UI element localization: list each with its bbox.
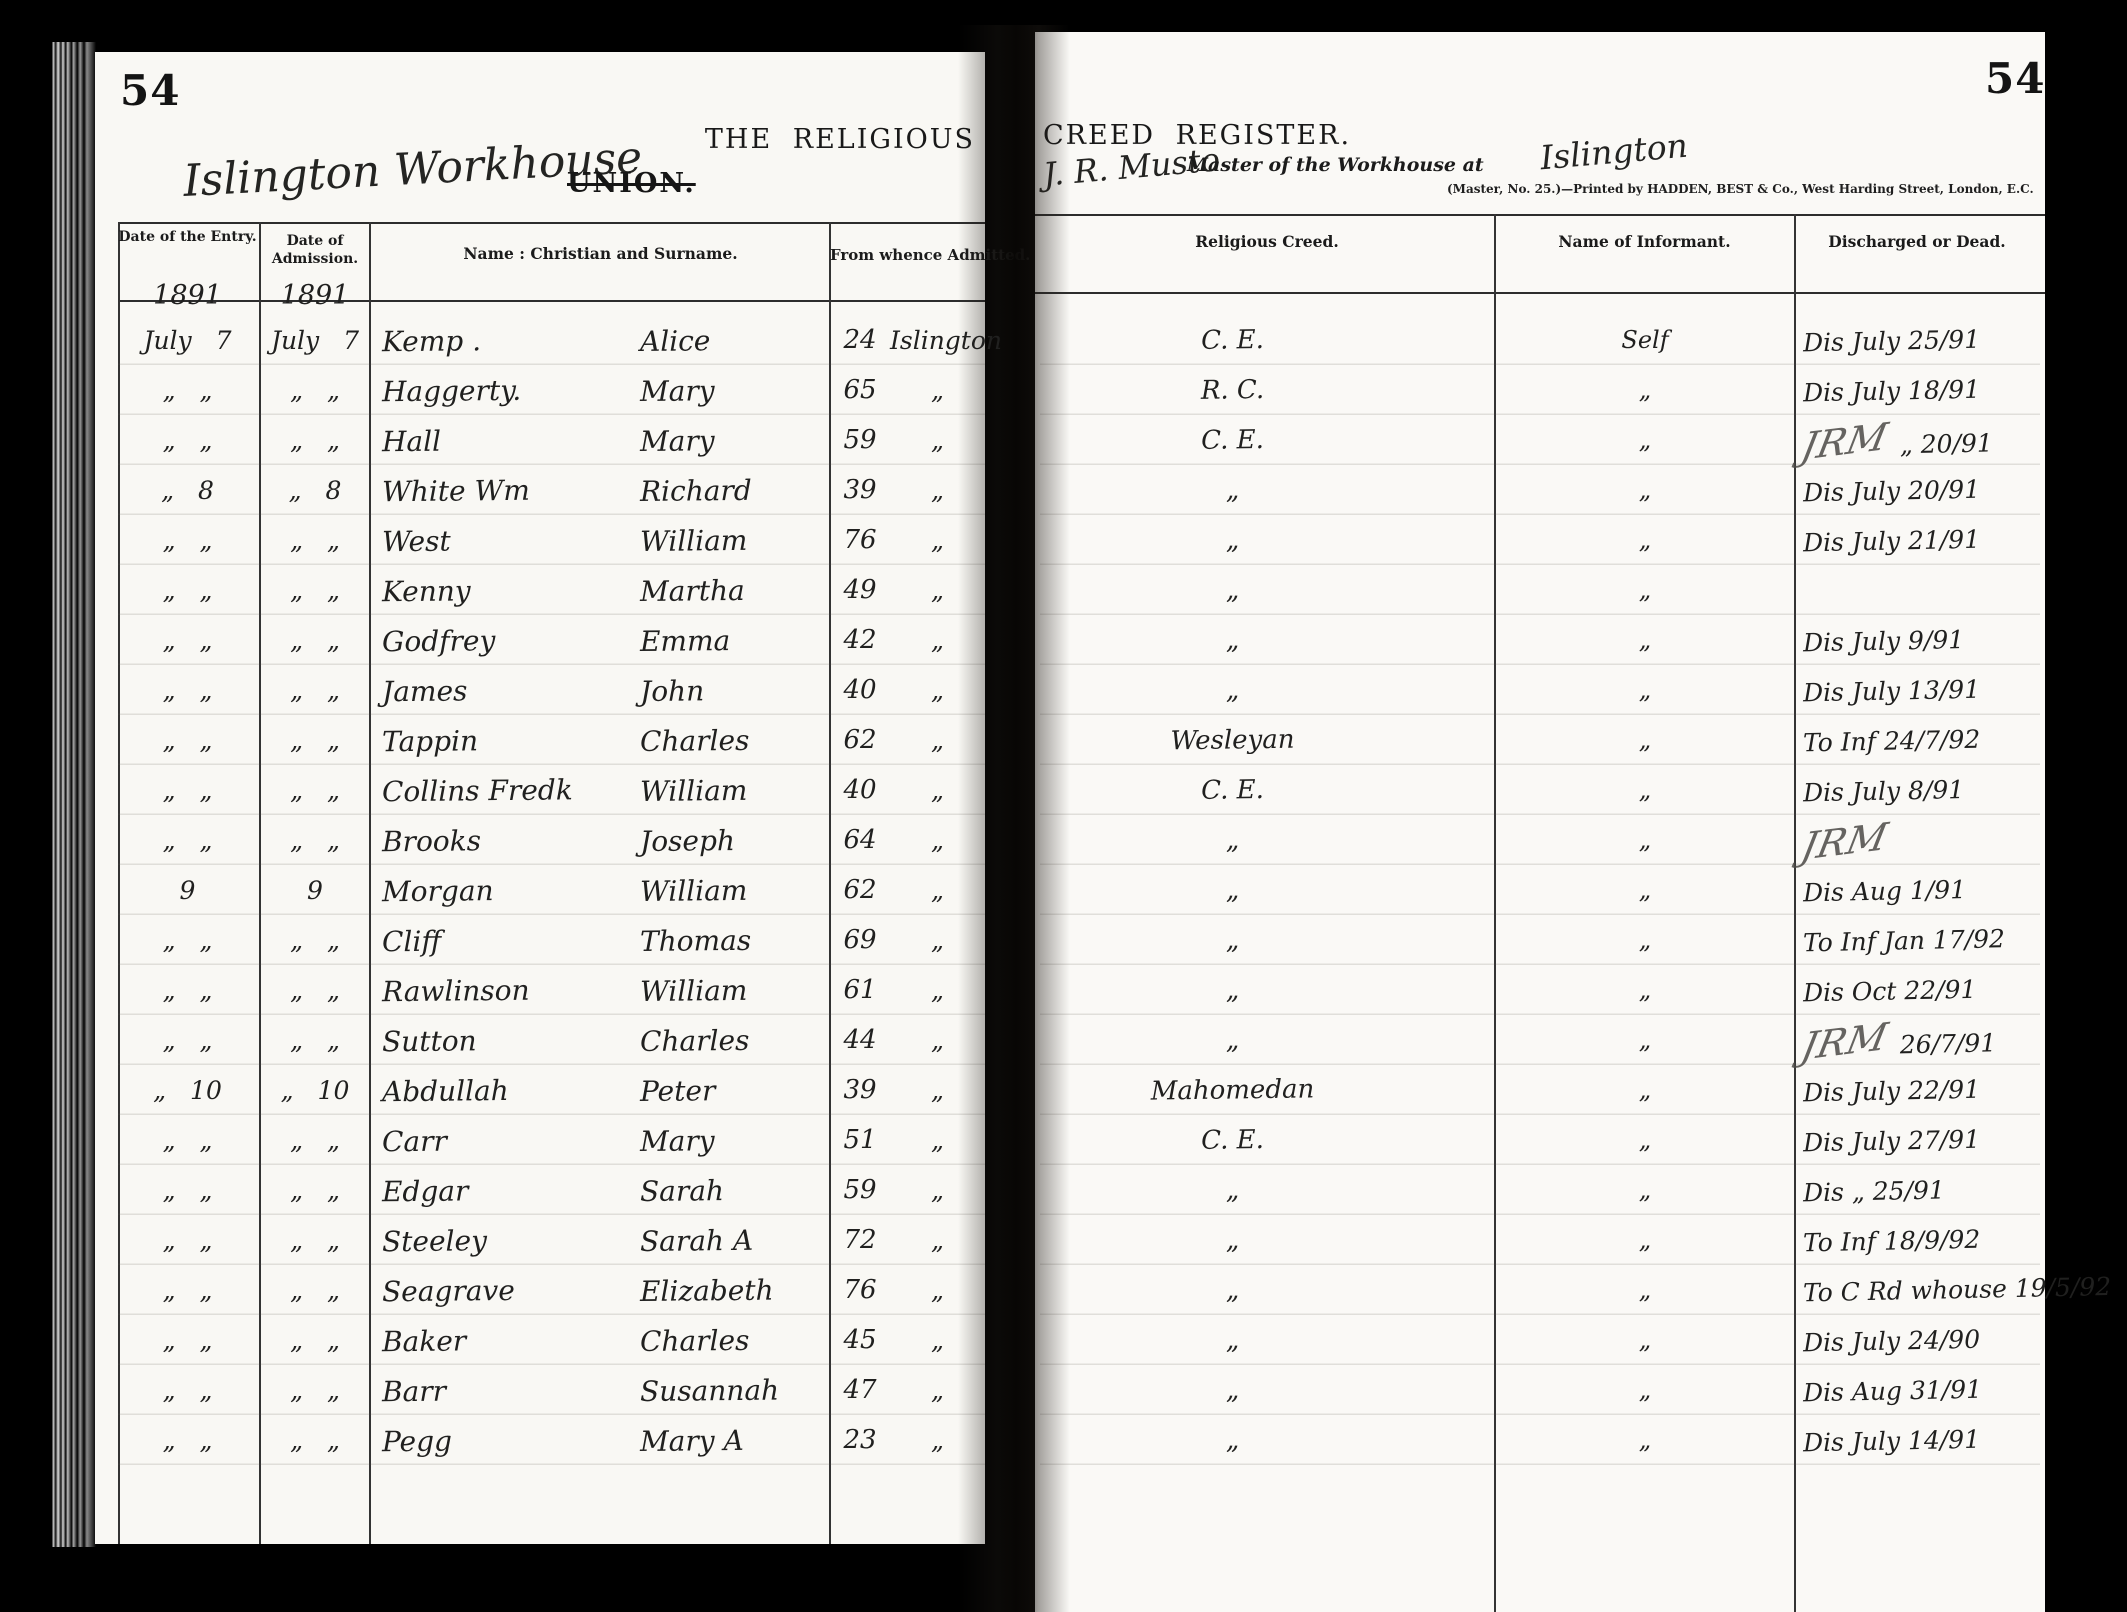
discharged-text: To Inf 18/9/92 <box>1803 1224 1981 1257</box>
informant-cell: „ <box>1495 1376 1795 1404</box>
christian-name-cell: William <box>640 773 830 808</box>
informant-cell: „ <box>1495 1276 1795 1304</box>
admission-date-cell: „ „ <box>260 576 370 605</box>
entry-date-cell: „ „ <box>115 1326 260 1355</box>
religious-creed-cell: „ <box>1040 622 1495 658</box>
table-row: „ „ „ „ Brooks Joseph 64 „ „ „ JRM <box>115 815 2040 865</box>
surname-cell: James <box>370 672 640 708</box>
religious-creed-cell: C. E. <box>1040 422 1495 458</box>
year-entry-column: 1891 <box>115 280 260 311</box>
whence-admitted-cell: „ <box>890 476 985 505</box>
surname-cell: Rawlinson <box>370 972 640 1008</box>
admission-date-cell: „ „ <box>260 526 370 555</box>
christian-name-cell: Charles <box>640 1323 830 1358</box>
age-cell: 51 <box>830 1125 890 1155</box>
religious-creed-cell: „ <box>1040 572 1495 608</box>
surname-cell: Godfrey <box>370 622 640 658</box>
admission-date-cell: „ „ <box>260 426 370 455</box>
surname-cell: Brooks <box>370 822 640 858</box>
table-row: „ „ „ „ Collins Fredk William 40 „ C. E.… <box>115 765 2040 815</box>
admission-date-cell: „ „ <box>260 1126 370 1155</box>
admission-date-cell: „ „ <box>260 726 370 755</box>
religious-creed-cell: „ <box>1040 1172 1495 1208</box>
age-cell: 62 <box>830 725 890 755</box>
scanned-register-spread: 54 Islington Workhouse UNION. THE RELIGI… <box>0 0 2127 1612</box>
informant-cell: „ <box>1495 526 1795 554</box>
religious-creed-cell: „ <box>1040 522 1495 558</box>
discharged-cell: Dis July 25/91 <box>1795 323 2041 357</box>
admission-date-cell: „ 10 <box>260 1076 370 1105</box>
whence-admitted-cell: „ <box>890 976 985 1005</box>
age-cell: 59 <box>830 425 890 455</box>
discharged-text: Dis July 18/91 <box>1803 374 1981 407</box>
entry-date-cell: „ 10 <box>115 1076 260 1105</box>
discharged-cell: JRM <box>1795 815 2041 864</box>
discharged-text: Dis July 9/91 <box>1803 625 1965 657</box>
table-row: „ „ „ „ Kenny Martha 49 „ „ „ <box>115 565 2040 615</box>
whence-admitted-cell: „ <box>890 576 985 605</box>
age-cell: 45 <box>830 1325 890 1355</box>
discharged-cell: Dis „ 25/91 <box>1795 1173 2041 1207</box>
religious-creed-cell: „ <box>1040 822 1495 858</box>
admission-date-cell: „ „ <box>260 626 370 655</box>
discharged-cell: Dis July 22/91 <box>1795 1073 2041 1107</box>
entry-date-cell: „ „ <box>115 626 260 655</box>
informant-cell: Self <box>1495 326 1795 354</box>
religious-creed-cell: „ <box>1040 972 1495 1008</box>
age-cell: 23 <box>830 1425 890 1455</box>
christian-name-cell: William <box>640 523 830 558</box>
informant-cell: „ <box>1495 1426 1795 1454</box>
whence-admitted-cell: „ <box>890 676 985 705</box>
admission-date-cell: „ „ <box>260 976 370 1005</box>
table-row: July 7 July 7 Kemp . Alice 24 Islington … <box>115 315 2040 365</box>
entry-date-cell: July 7 <box>115 326 260 355</box>
discharged-text: Dis July 20/91 <box>1803 474 1981 507</box>
informant-cell: „ <box>1495 676 1795 704</box>
whence-admitted-cell: „ <box>890 1276 985 1305</box>
table-row: „ 10 „ 10 Abdullah Peter 39 „ Mahomedan … <box>115 1065 2040 1115</box>
whence-admitted-cell: „ <box>890 1176 985 1205</box>
discharged-cell: Dis Aug 31/91 <box>1795 1373 2041 1407</box>
discharged-cell: Dis July 9/91 <box>1795 623 2041 657</box>
whence-admitted-cell: „ <box>890 1226 985 1255</box>
discharged-cell: To Inf 18/9/92 <box>1795 1223 2041 1257</box>
christian-name-cell: Sarah A <box>640 1223 830 1258</box>
entry-date-cell: „ „ <box>115 1426 260 1455</box>
discharged-cell: Dis July 20/91 <box>1795 473 2041 507</box>
discharged-cell: Dis July 24/90 <box>1795 1323 2041 1357</box>
age-cell: 40 <box>830 675 890 705</box>
admission-date-cell: „ „ <box>260 1426 370 1455</box>
whence-admitted-cell: „ <box>890 626 985 655</box>
age-cell: 39 <box>830 1075 890 1105</box>
book-page-edges <box>48 42 96 1547</box>
table-rows: 1891 1891 July 7 July 7 Kemp . Alice 24 … <box>115 0 2040 1612</box>
surname-cell: White Wm <box>370 472 640 508</box>
surname-cell: Baker <box>370 1322 640 1358</box>
entry-date-cell: „ „ <box>115 826 260 855</box>
christian-name-cell: Peter <box>640 1073 830 1108</box>
discharged-cell: Dis July 21/91 <box>1795 523 2041 557</box>
christian-name-cell: Mary <box>640 1123 830 1158</box>
whence-admitted-cell: „ <box>890 876 985 905</box>
discharged-text: To Inf 24/7/92 <box>1803 724 1981 757</box>
religious-creed-cell: „ <box>1040 472 1495 508</box>
christian-name-cell: Emma <box>640 623 830 658</box>
christian-name-cell: Elizabeth <box>640 1273 830 1308</box>
christian-name-cell: Richard <box>640 473 830 508</box>
discharged-text: Dis July 27/91 <box>1803 1124 1981 1157</box>
admission-date-cell: July 7 <box>260 326 370 355</box>
table-row: „ „ „ „ Hall Mary 59 „ C. E. „ JRM „ 20/… <box>115 415 2040 465</box>
table-row: „ „ „ „ Baker Charles 45 „ „ „ Dis July … <box>115 1315 2040 1365</box>
table-row: „ „ „ „ Steeley Sarah A 72 „ „ „ To Inf … <box>115 1215 2040 1265</box>
whence-admitted-cell: „ <box>890 826 985 855</box>
entry-date-cell: „ „ <box>115 1126 260 1155</box>
surname-cell: Edgar <box>370 1172 640 1208</box>
surname-cell: Steeley <box>370 1222 640 1258</box>
discharged-cell: To C Rd whouse 19/5/92 <box>1795 1273 2041 1307</box>
entry-date-cell: „ „ <box>115 526 260 555</box>
discharged-text: To C Rd whouse 19/5/92 <box>1803 1271 2112 1306</box>
discharged-text: Dis July 25/91 <box>1803 324 1981 357</box>
discharged-cell: Dis Oct 22/91 <box>1795 973 2041 1007</box>
year-admission-column: 1891 <box>260 280 370 311</box>
surname-cell: Morgan <box>370 872 640 908</box>
age-cell: 59 <box>830 1175 890 1205</box>
entry-date-cell: „ „ <box>115 976 260 1005</box>
admission-date-cell: „ „ <box>260 676 370 705</box>
entry-date-cell: „ „ <box>115 926 260 955</box>
age-cell: 62 <box>830 875 890 905</box>
whence-admitted-cell: „ <box>890 426 985 455</box>
age-cell: 42 <box>830 625 890 655</box>
religious-creed-cell: „ <box>1040 872 1495 908</box>
discharged-cell: Dis July 27/91 <box>1795 1123 2041 1157</box>
christian-name-cell: Charles <box>640 723 830 758</box>
religious-creed-cell: „ <box>1040 1322 1495 1358</box>
discharged-text: Dis July 22/91 <box>1803 1074 1981 1107</box>
admission-date-cell: „ „ <box>260 1326 370 1355</box>
surname-cell: Seagrave <box>370 1272 640 1308</box>
surname-cell: Collins Fredk <box>370 772 640 808</box>
informant-cell: „ <box>1495 726 1795 754</box>
discharged-cell: JRM 26/7/91 <box>1795 1015 2041 1064</box>
discharged-text: Dis July 24/90 <box>1803 1324 1981 1357</box>
table-row: „ „ „ „ Rawlinson William 61 „ „ „ Dis O… <box>115 965 2040 1015</box>
informant-cell: „ <box>1495 976 1795 1004</box>
age-cell: 64 <box>830 825 890 855</box>
discharged-text: Dis Oct 22/91 <box>1803 974 1977 1007</box>
discharged-text: Dis July 21/91 <box>1803 524 1981 557</box>
discharged-cell: Dis July 8/91 <box>1795 773 2041 807</box>
surname-cell: Kemp . <box>370 322 640 358</box>
christian-name-cell: Charles <box>640 1023 830 1058</box>
christian-name-cell: Alice <box>640 323 830 358</box>
informant-cell: „ <box>1495 1076 1795 1104</box>
table-row: „ „ „ „ Edgar Sarah 59 „ „ „ Dis „ 25/91 <box>115 1165 2040 1215</box>
informant-cell: „ <box>1495 426 1795 454</box>
table-row: „ „ „ „ Tappin Charles 62 „ Wesleyan „ T… <box>115 715 2040 765</box>
informant-cell: „ <box>1495 1026 1795 1054</box>
whence-admitted-cell: „ <box>890 1126 985 1155</box>
discharged-text: Dis Aug 31/91 <box>1803 1374 1983 1407</box>
age-cell: 72 <box>830 1225 890 1255</box>
surname-cell: Pegg <box>370 1422 640 1458</box>
discharged-cell: To Inf 24/7/92 <box>1795 723 2041 757</box>
entry-date-cell: „ „ <box>115 726 260 755</box>
whence-admitted-cell: „ <box>890 1426 985 1455</box>
whence-admitted-cell: „ <box>890 1076 985 1105</box>
religious-creed-cell: R. C. <box>1040 372 1495 408</box>
religious-creed-cell: C. E. <box>1040 322 1495 358</box>
informant-cell: „ <box>1495 826 1795 854</box>
discharged-cell <box>1795 587 2040 592</box>
entry-date-cell: „ „ <box>115 1276 260 1305</box>
admission-date-cell: „ „ <box>260 1276 370 1305</box>
age-cell: 40 <box>830 775 890 805</box>
surname-cell: Cliff <box>370 922 640 958</box>
discharged-text: Dis July 14/91 <box>1803 1424 1981 1457</box>
age-cell: 76 <box>830 525 890 555</box>
admission-date-cell: „ „ <box>260 1026 370 1055</box>
religious-creed-cell: C. E. <box>1040 772 1495 808</box>
table-row: „ „ „ „ Barr Susannah 47 „ „ „ Dis Aug 3… <box>115 1365 2040 1415</box>
whence-admitted-cell: „ <box>890 776 985 805</box>
discharged-text: Dis July 8/91 <box>1803 775 1965 807</box>
table-row: „ „ „ „ Carr Mary 51 „ C. E. „ Dis July … <box>115 1115 2040 1165</box>
age-cell: 47 <box>830 1375 890 1405</box>
informant-cell: „ <box>1495 576 1795 604</box>
table-row: „ „ „ „ Cliff Thomas 69 „ „ „ To Inf Jan… <box>115 915 2040 965</box>
discharged-text <box>1892 831 1893 860</box>
entry-date-cell: 9 <box>115 876 260 905</box>
whence-admitted-cell: „ <box>890 1376 985 1405</box>
entry-date-cell: „ 8 <box>115 476 260 505</box>
surname-cell: West <box>370 522 640 558</box>
informant-cell: „ <box>1495 876 1795 904</box>
religious-creed-cell: Wesleyan <box>1040 722 1495 758</box>
surname-cell: Haggerty. <box>370 372 640 408</box>
informant-cell: „ <box>1495 926 1795 954</box>
whence-admitted-cell: „ <box>890 1326 985 1355</box>
table-row: „ „ „ „ Pegg Mary A 23 „ „ „ Dis July 14… <box>115 1415 2040 1465</box>
informant-cell: „ <box>1495 1226 1795 1254</box>
whence-admitted-cell: „ <box>890 376 985 405</box>
discharged-cell: JRM „ 20/91 <box>1795 415 2041 464</box>
entry-date-cell: „ „ <box>115 376 260 405</box>
admission-date-cell: 9 <box>260 876 370 905</box>
discharged-text: 26/7/91 <box>1900 1028 1997 1059</box>
whence-admitted-cell: Islington <box>890 326 985 355</box>
table-row: „ „ „ „ Haggerty. Mary 65 „ R. C. „ Dis … <box>115 365 2040 415</box>
christian-name-cell: Joseph <box>640 823 830 858</box>
discharged-cell: Dis July 18/91 <box>1795 373 2041 407</box>
christian-name-cell: Thomas <box>640 923 830 958</box>
table-row: „ „ „ „ James John 40 „ „ „ Dis July 13/… <box>115 665 2040 715</box>
christian-name-cell: Martha <box>640 573 830 608</box>
christian-name-cell: William <box>640 973 830 1008</box>
table-row: „ „ „ „ Seagrave Elizabeth 76 „ „ „ To C… <box>115 1265 2040 1315</box>
informant-cell: „ <box>1495 376 1795 404</box>
entry-date-cell: „ „ <box>115 1226 260 1255</box>
informant-cell: „ <box>1495 476 1795 504</box>
surname-cell: Sutton <box>370 1022 640 1058</box>
entry-date-cell: „ „ <box>115 1376 260 1405</box>
religious-creed-cell: „ <box>1040 1422 1495 1458</box>
entry-date-cell: „ „ <box>115 776 260 805</box>
surname-cell: Hall <box>370 422 640 458</box>
discharged-text: Dis July 13/91 <box>1803 674 1981 707</box>
religious-creed-cell: „ <box>1040 672 1495 708</box>
informant-cell: „ <box>1495 1326 1795 1354</box>
informant-cell: „ <box>1495 776 1795 804</box>
age-cell: 44 <box>830 1025 890 1055</box>
age-cell: 61 <box>830 975 890 1005</box>
religious-creed-cell: „ <box>1040 1222 1495 1258</box>
admission-date-cell: „ „ <box>260 1176 370 1205</box>
surname-cell: Carr <box>370 1122 640 1158</box>
discharged-cell: Dis July 14/91 <box>1795 1423 2041 1457</box>
christian-name-cell: John <box>640 673 830 708</box>
entry-date-cell: „ „ <box>115 676 260 705</box>
entry-date-cell: „ „ <box>115 1176 260 1205</box>
discharged-cell: Dis July 13/91 <box>1795 673 2041 707</box>
entry-date-cell: „ „ <box>115 576 260 605</box>
entry-date-cell: „ „ <box>115 426 260 455</box>
admission-date-cell: „ „ <box>260 1226 370 1255</box>
age-cell: 69 <box>830 925 890 955</box>
age-cell: 76 <box>830 1275 890 1305</box>
whence-admitted-cell: „ <box>890 1026 985 1055</box>
table-row: „ „ „ „ West William 76 „ „ „ Dis July 2… <box>115 515 2040 565</box>
religious-creed-cell: „ <box>1040 1272 1495 1308</box>
admission-date-cell: „ 8 <box>260 476 370 505</box>
informant-cell: „ <box>1495 626 1795 654</box>
religious-creed-cell: „ <box>1040 1022 1495 1058</box>
age-cell: 24 <box>830 325 890 355</box>
entry-date-cell: „ „ <box>115 1026 260 1055</box>
admission-date-cell: „ „ <box>260 1376 370 1405</box>
informant-cell: „ <box>1495 1126 1795 1154</box>
discharged-text: „ 20/91 <box>1900 428 1994 459</box>
admission-date-cell: „ „ <box>260 376 370 405</box>
surname-cell: Kenny <box>370 572 640 608</box>
table-row: „ „ „ „ Sutton Charles 44 „ „ „ JRM 26/7… <box>115 1015 2040 1065</box>
age-cell: 65 <box>830 375 890 405</box>
religious-creed-cell: „ <box>1040 1372 1495 1408</box>
table-row: 9 9 Morgan William 62 „ „ „ Dis Aug 1/91 <box>115 865 2040 915</box>
whence-admitted-cell: „ <box>890 926 985 955</box>
discharged-text: To Inf Jan 17/92 <box>1803 924 2006 957</box>
admission-date-cell: „ „ <box>260 826 370 855</box>
master-initials-signature: JRM <box>1798 814 1892 868</box>
master-initials-signature: JRM <box>1798 414 1892 468</box>
table-row: „ „ „ „ Godfrey Emma 42 „ „ „ Dis July 9… <box>115 615 2040 665</box>
christian-name-cell: Sarah <box>640 1173 830 1208</box>
discharged-cell: Dis Aug 1/91 <box>1795 873 2041 907</box>
table-row: „ 8 „ 8 White Wm Richard 39 „ „ „ Dis Ju… <box>115 465 2040 515</box>
surname-cell: Tappin <box>370 722 640 758</box>
surname-cell: Abdullah <box>370 1072 640 1108</box>
christian-name-cell: William <box>640 873 830 908</box>
religious-creed-cell: Mahomedan <box>1040 1072 1495 1108</box>
surname-cell: Barr <box>370 1372 640 1408</box>
religious-creed-cell: „ <box>1040 922 1495 958</box>
christian-name-cell: Susannah <box>640 1373 830 1408</box>
age-cell: 49 <box>830 575 890 605</box>
whence-admitted-cell: „ <box>890 526 985 555</box>
informant-cell: „ <box>1495 1176 1795 1204</box>
age-cell: 39 <box>830 475 890 505</box>
christian-name-cell: Mary A <box>640 1423 830 1458</box>
christian-name-cell: Mary <box>640 373 830 408</box>
christian-name-cell: Mary <box>640 423 830 458</box>
admission-date-cell: „ „ <box>260 926 370 955</box>
master-initials-signature: JRM <box>1798 1014 1892 1068</box>
religious-creed-cell: C. E. <box>1040 1122 1495 1158</box>
discharged-text: Dis Aug 1/91 <box>1803 874 1967 906</box>
discharged-cell: To Inf Jan 17/92 <box>1795 923 2041 957</box>
whence-admitted-cell: „ <box>890 726 985 755</box>
discharged-text: Dis „ 25/91 <box>1803 1175 1945 1207</box>
admission-date-cell: „ „ <box>260 776 370 805</box>
